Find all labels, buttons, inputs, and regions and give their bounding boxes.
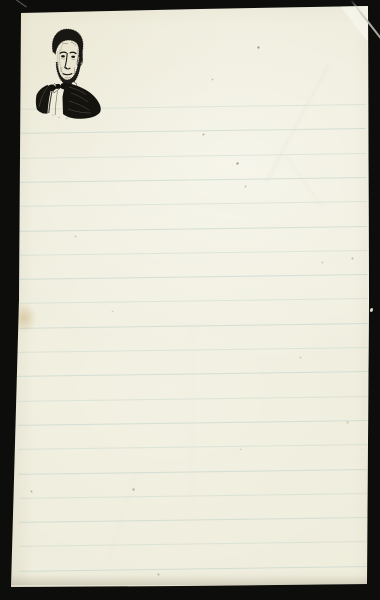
ruled-line [15,250,367,256]
ruled-line [20,566,372,572]
photo-backdrop [0,0,380,600]
ruled-line [14,153,366,159]
ruled-line [19,517,371,523]
ruled-line [14,128,366,134]
dust-speck [369,308,373,313]
stationery-sheet [0,0,380,600]
ruled-line [15,226,367,232]
abraham-lincoln-engraved-portrait [33,27,101,119]
paper-crease [190,330,194,500]
ruled-line [18,444,370,450]
foxing-specks [0,0,1,1]
ruled-line [15,201,367,207]
paper-right-edge-highlight [367,6,369,584]
aging-stain [11,303,37,333]
ruled-line [16,323,368,329]
paper-bottom-edge-shadow [11,575,368,585]
ruled-line [14,177,366,183]
corner-scratch-line [13,0,27,7]
coat-right [63,83,101,119]
ruled-line [18,468,370,474]
nostril [65,67,67,68]
ruled-line [19,493,371,499]
ruled-line [19,541,371,547]
ruled-line [16,298,368,304]
ruled-line [16,274,368,280]
